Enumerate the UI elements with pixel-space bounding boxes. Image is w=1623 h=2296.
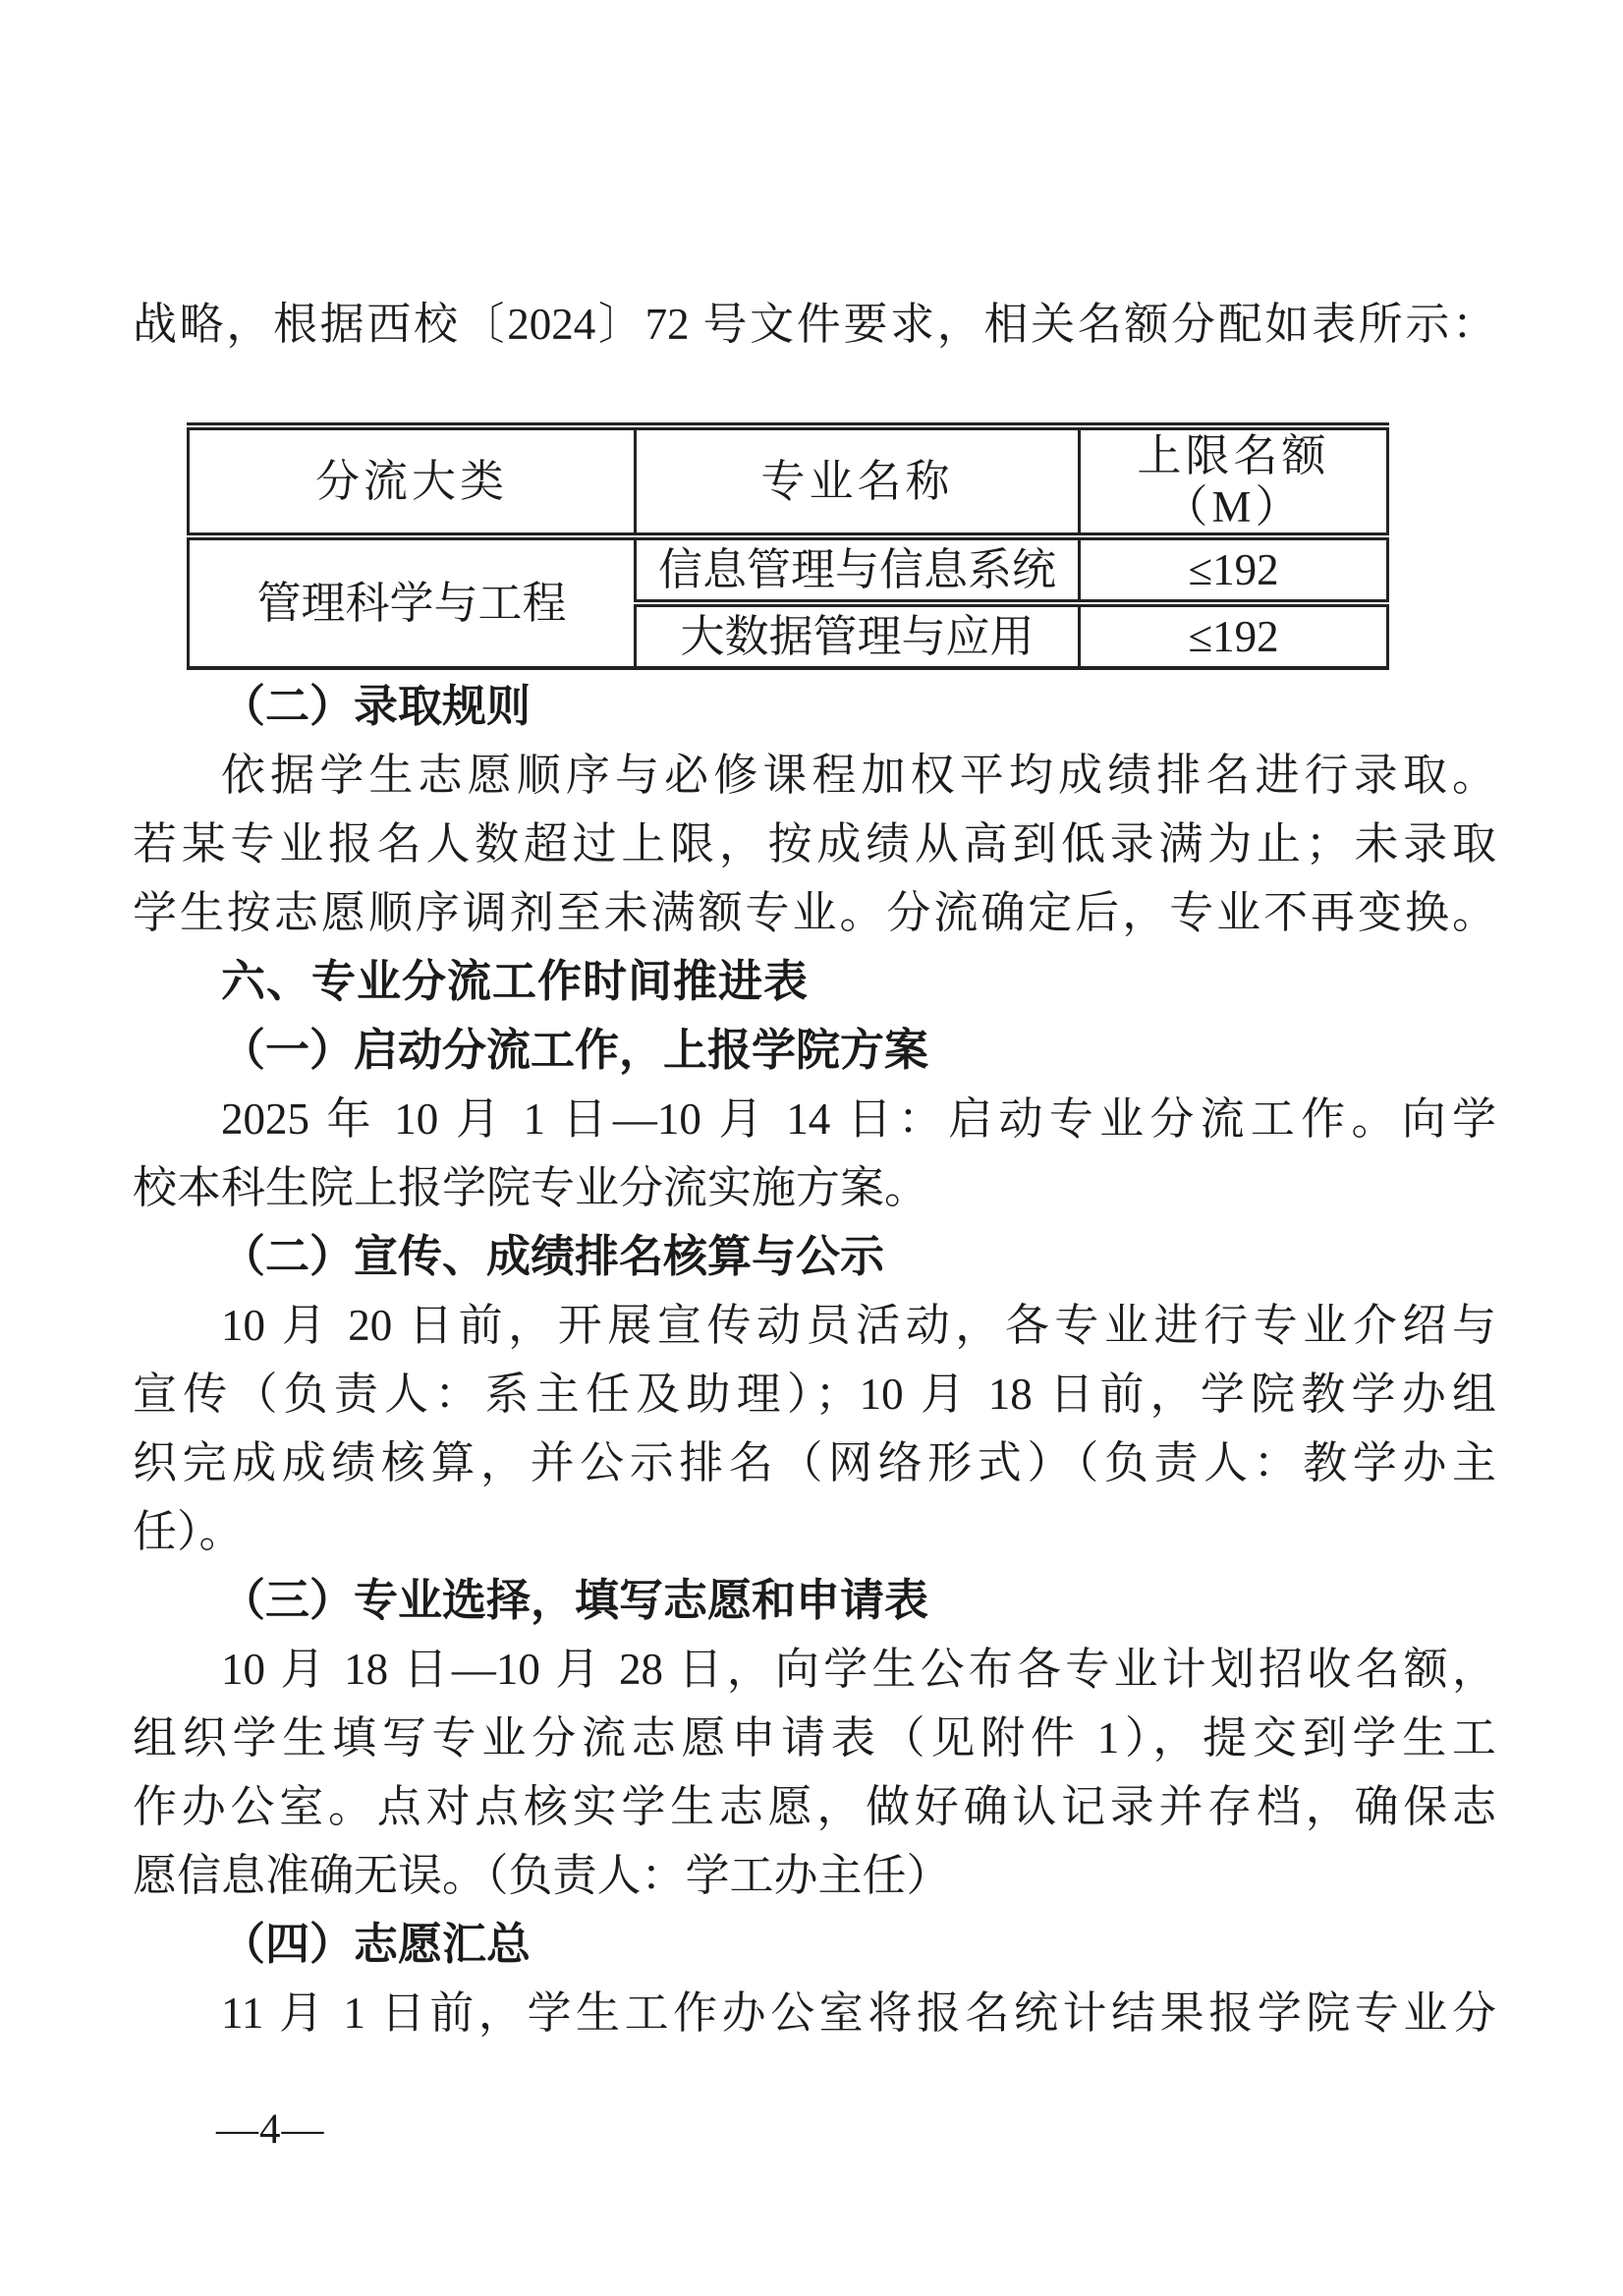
body-line: 作办公室。点对点核实学生志愿，做好确认记录并存档，确保志 [133,1772,1496,1841]
document-page: 战略，根据西校〔2024〕72 号文件要求，相关名额分配如表所示： 分流大类 专… [0,0,1623,2296]
table-header-row: 分流大类 专业名称 上限名额（M） [189,426,1388,536]
cell-major: 大数据管理与应用 [636,603,1080,668]
intro-line: 战略，根据西校〔2024〕72 号文件要求，相关名额分配如表所示： [133,290,1496,359]
cell-quota: ≤192 [1080,536,1388,603]
body-line: 宣传（负责人：系主任及助理）；10 月 18 日前，学院教学办组 [133,1360,1496,1428]
header-quota: 上限名额（M） [1080,426,1388,536]
heading-timeline: 六、专业分流工作时间推进表 [133,947,1496,1016]
heading-part3: （三）专业选择，填写志愿和申请表 [133,1566,1496,1635]
body-line: 2025 年 10 月 1 日—10 月 14 日：启动专业分流工作。向学 [133,1085,1496,1153]
header-category: 分流大类 [189,426,636,536]
header-major: 专业名称 [636,426,1080,536]
body-line: 依据学生志愿顺序与必修课程加权平均成绩排名进行录取。 [133,741,1496,810]
cell-category: 管理科学与工程 [189,536,636,668]
body-line: 组织学生填写专业分流志愿申请表（见附件 1），提交到学生工 [133,1704,1496,1772]
body-line: 若某专业报名人数超过上限，按成绩从高到低录满为止；未录取 [133,810,1496,878]
cell-quota: ≤192 [1080,603,1388,668]
cell-major: 信息管理与信息系统 [636,536,1080,603]
body-line: 10 月 18 日—10 月 28 日，向学生公布各专业计划招收名额， [133,1635,1496,1704]
heading-part1: （一）启动分流工作，上报学院方案 [133,1016,1496,1085]
heading-part2: （二）宣传、成绩排名核算与公示 [133,1222,1496,1291]
body-line: 愿信息准确无误。（负责人：学工办主任） [133,1841,1496,1910]
body-line: 织完成成绩核算，并公示排名（网络形式）（负责人：教学办主 [133,1428,1496,1497]
body-line: 校本科生院上报学院专业分流实施方案。 [133,1153,1496,1222]
body-line: 任）。 [133,1497,1496,1566]
table-row: 管理科学与工程 信息管理与信息系统 ≤192 [189,536,1388,603]
body-line: 11 月 1 日前，学生工作办公室将报名统计结果报学院专业分 [133,1979,1496,2047]
body-line: 学生按志愿顺序调剂至未满额专业。分流确定后，专业不再变换。 [133,878,1496,947]
heading-admission-rules: （二）录取规则 [133,672,1496,741]
quota-table: 分流大类 专业名称 上限名额（M） 管理科学与工程 信息管理与信息系统 ≤192… [187,422,1389,670]
heading-part4: （四）志愿汇总 [133,1910,1496,1979]
page-number: —4— [216,2096,1496,2164]
body-line: 10 月 20 日前，开展宣传动员活动，各专业进行专业介绍与 [133,1291,1496,1360]
